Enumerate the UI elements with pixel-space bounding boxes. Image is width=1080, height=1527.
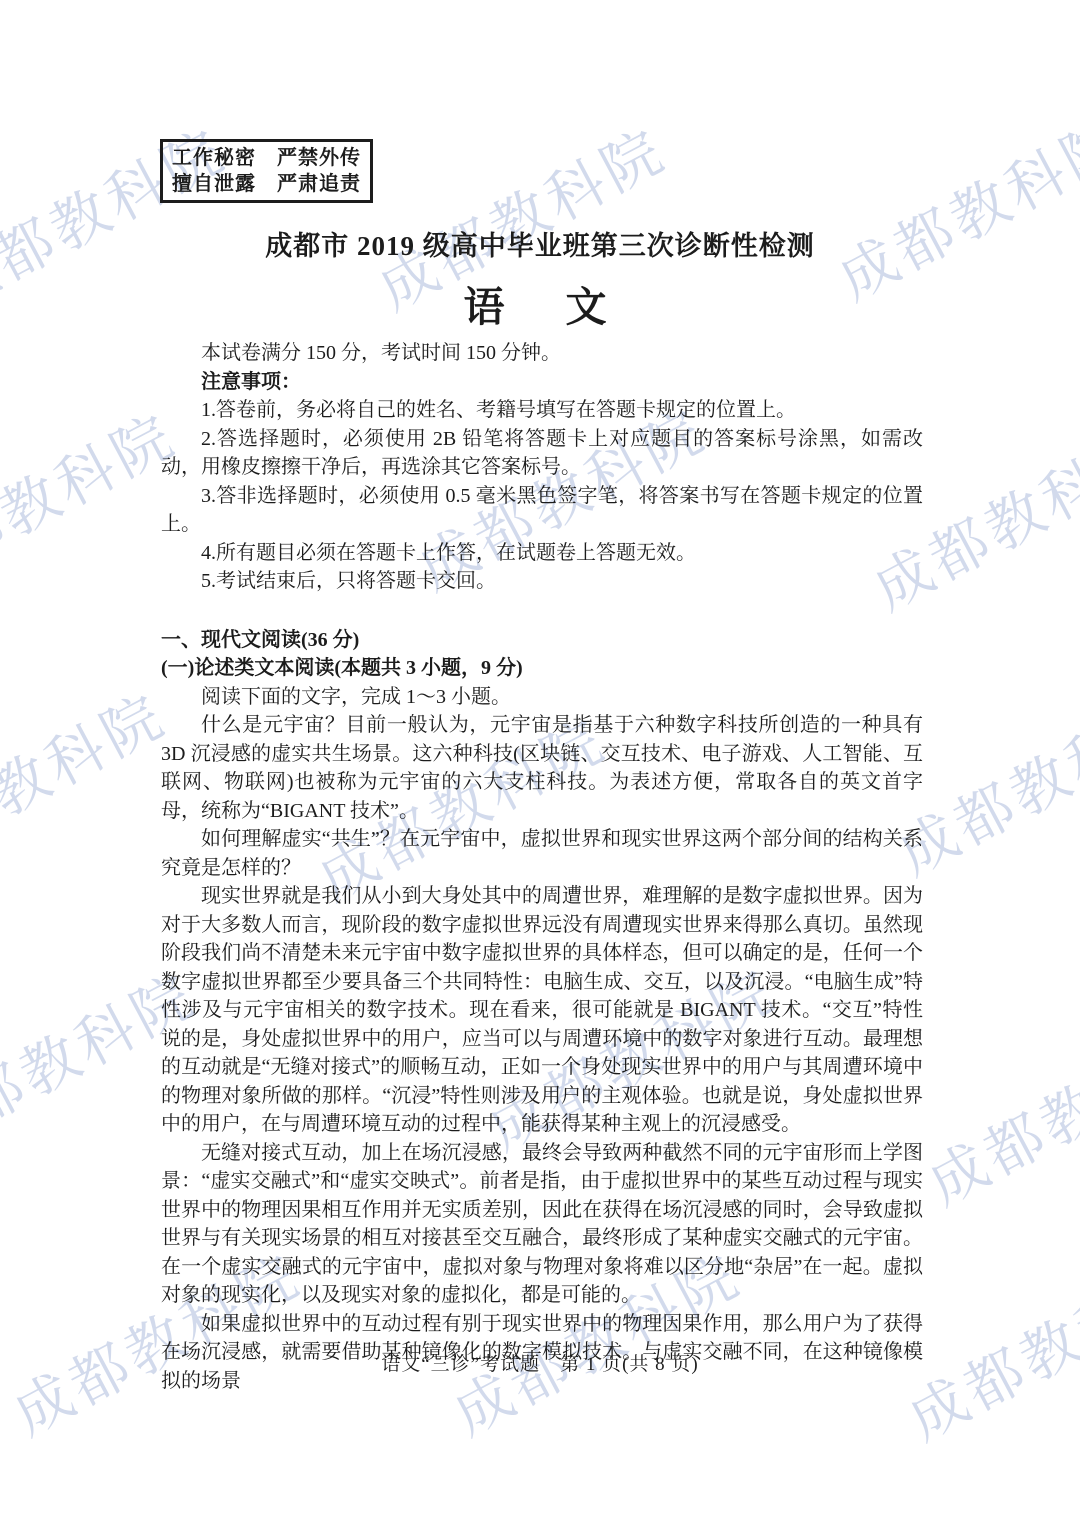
exam-info: 本试卷满分 150 分，考试时间 150 分钟。 <box>161 339 923 368</box>
page-content: 工作秘密 严禁外传 擅自泄露 严肃追责 成都市 2019 级高中毕业班第三次诊断… <box>0 0 1080 1527</box>
notice-list: 1.答卷前，务必将自己的姓名、考籍号填写在答题卡规定的位置上。2.答选择题时，必… <box>161 396 923 596</box>
confidential-stamp: 工作秘密 严禁外传 擅自泄露 严肃追责 <box>160 139 373 203</box>
notice-item-5: 5.考试结束后，只将答题卡交回。 <box>161 567 923 596</box>
passage-paragraph-4: 无缝对接式互动，加上在场沉浸感，最终会导致两种截然不同的元宇宙形而上学图景：“虚… <box>161 1139 923 1310</box>
notice-item-4: 4.所有题目必须在答题卡上作答，在试题卷上答题无效。 <box>161 539 923 568</box>
exam-body: 本试卷满分 150 分，考试时间 150 分钟。 注意事项： 1.答卷前，务必将… <box>161 339 923 1395</box>
page-footer: 语文“三诊”考试题 第 1 页(共 8 页) <box>0 1349 1080 1376</box>
confidential-line-1: 工作秘密 严禁外传 <box>172 145 361 171</box>
passage-paragraph-3: 现实世界就是我们从小到大身处其中的周遭世界，难理解的是数字虚拟世界。因为对于大多… <box>161 882 923 1139</box>
exam-title: 成都市 2019 级高中毕业班第三次诊断性检测 <box>0 224 1080 263</box>
passage-paragraph-2: 如何理解虚实“共生”？在元宇宙中，虚拟世界和现实世界这两个部分间的结构关系究竟是… <box>161 825 923 882</box>
notice-item-1: 1.答卷前，务必将自己的姓名、考籍号填写在答题卡规定的位置上。 <box>161 396 923 425</box>
notice-item-3: 3.答非选择题时，必须使用 0.5 毫米黑色签字笔，将答案书写在答题卡规定的位置… <box>161 482 923 539</box>
section-part-title: 一、现代文阅读(36 分) <box>161 626 923 655</box>
subject-title: 语 文 <box>0 274 1080 333</box>
notice-item-2: 2.答选择题时，必须使用 2B 铅笔将答题卡上对应题目的答案标号涂黑，如需改动，… <box>161 425 923 482</box>
confidential-line-2: 擅自泄露 严肃追责 <box>172 171 361 197</box>
exam-paper-page: 成都教科院成都教科院成都教科院成都教科院成都教科院成都教科院成都教科院成都教科院… <box>0 0 1080 1527</box>
notice-heading: 注意事项： <box>161 368 923 397</box>
passage: 什么是元宇宙？目前一般认为，元宇宙是指基于六种数字科技所创造的一种具有 3D 沉… <box>161 711 923 1395</box>
reading-instruction: 阅读下面的文字，完成 1～3 小题。 <box>161 683 923 712</box>
passage-paragraph-1: 什么是元宇宙？目前一般认为，元宇宙是指基于六种数字科技所创造的一种具有 3D 沉… <box>161 711 923 825</box>
section-subpart-title: (一)论述类文本阅读(本题共 3 小题，9 分) <box>161 654 923 683</box>
